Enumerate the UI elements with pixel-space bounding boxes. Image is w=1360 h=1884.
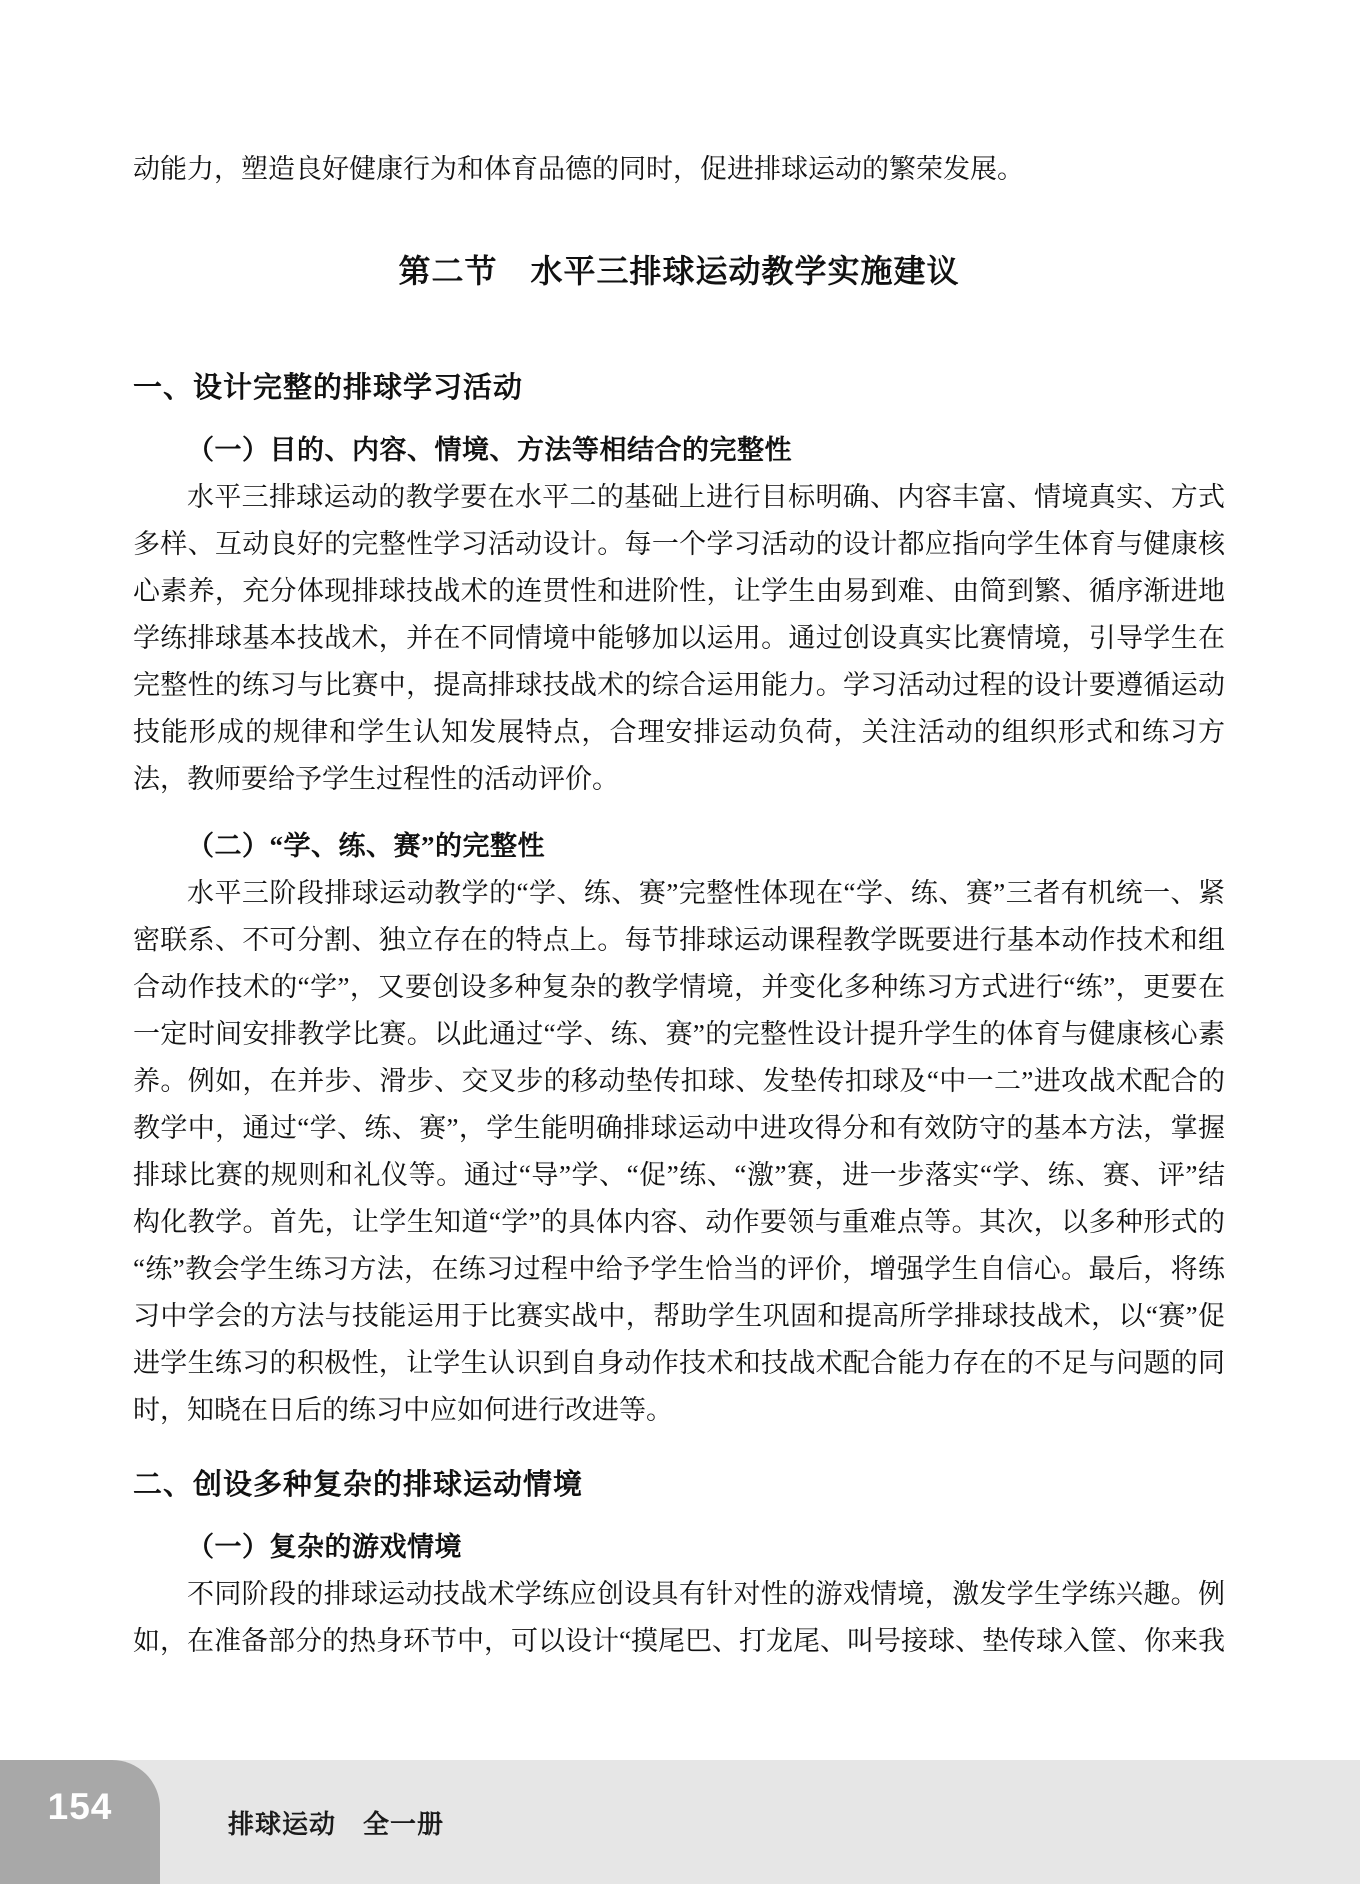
paragraph-continuation: 动能力，塑造良好健康行为和体育品德的同时，促进排球运动的繁荣发展。 bbox=[133, 146, 1225, 193]
subsection-heading-1-1: （一）目的、内容、情境、方法等相结合的完整性 bbox=[133, 427, 1225, 474]
body-paragraph: 水平三排球运动的教学要在水平二的基础上进行目标明确、内容丰富、情境真实、方式多样… bbox=[133, 474, 1225, 803]
subsection-heading-1-2: （二）“学、练、赛”的完整性 bbox=[133, 823, 1225, 870]
footer-book-title: 排球运动 全一册 bbox=[228, 1804, 444, 1841]
page-number-tab: 154 bbox=[0, 1760, 160, 1884]
chapter-title: 第二节 水平三排球运动教学实施建议 bbox=[133, 251, 1225, 291]
subsection-heading-2-1: （一）复杂的游戏情境 bbox=[133, 1524, 1225, 1571]
section-heading-2: 二、创设多种复杂的排球运动情境 bbox=[133, 1466, 1225, 1504]
page-content: 动能力，塑造良好健康行为和体育品德的同时，促进排球运动的繁荣发展。 第二节 水平… bbox=[133, 0, 1225, 1665]
body-paragraph: 不同阶段的排球运动技战术学练应创设具有针对性的游戏情境，激发学生学练兴趣。例如，… bbox=[133, 1571, 1225, 1665]
section-heading-1: 一、设计完整的排球学习活动 bbox=[133, 369, 1225, 407]
book-page: 动能力，塑造良好健康行为和体育品德的同时，促进排球运动的繁荣发展。 第二节 水平… bbox=[0, 0, 1360, 1884]
body-paragraph: 水平三阶段排球运动教学的“学、练、赛”完整性体现在“学、练、赛”三者有机统一、紧… bbox=[133, 870, 1225, 1434]
page-number: 154 bbox=[0, 1786, 160, 1828]
footer-band: 154 排球运动 全一册 bbox=[0, 1760, 1360, 1884]
